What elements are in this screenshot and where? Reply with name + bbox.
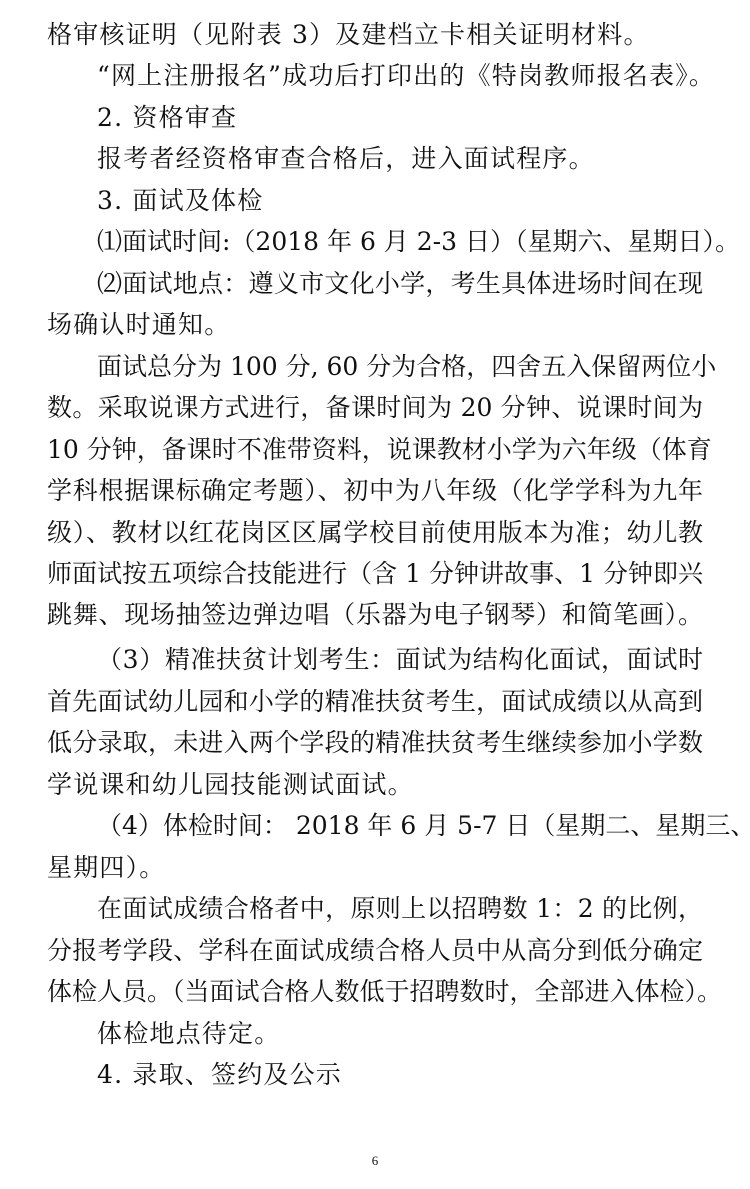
text-line-9: 数。采取说课方式进行，备课时间为 20 分钟、说课时间为: [47, 393, 703, 423]
text-line-13: 师面试按五项综合技能进行（含 1 分钟讲故事、1 分钟即兴: [47, 559, 703, 589]
text-line-24: 体检地点待定。: [97, 1019, 280, 1049]
text-line-7: 场确认时通知。: [47, 310, 230, 340]
text-line-8: 面试总分为 100 分, 60 分为合格，四舍五入保留两位小: [97, 352, 703, 382]
section-heading-qualification-review: 2. 资格审查: [97, 103, 237, 133]
text-line-10: 10 分钟，备课时不准带资料，说课教材小学为六年级（体育: [47, 435, 703, 465]
text-line-16: 首先面试幼儿园和小学的精准扶贫考生，面试成绩以从高到: [47, 687, 703, 717]
text-line-0: 格审核证明（见附表 3）及建档立卡相关证明材料。: [47, 20, 650, 50]
text-line-17: 低分录取，未进入两个学段的精准扶贫考生继续参加小学数: [47, 728, 703, 758]
text-line-14: 跳舞、现场抽签边弹边唱（乐器为电子钢琴）和简笔画）。: [47, 600, 703, 630]
section-heading-interview-and-exam: 3. 面试及体检: [97, 186, 263, 216]
text-line-23: 体检人员。（当面试合格人数低于招聘数时，全部进入体检）。: [47, 977, 703, 1007]
document-page: 格审核证明（见附表 3）及建档立卡相关证明材料。 “网上注册报名”成功后打印出的…: [0, 0, 750, 1189]
text-line-3: 报考者经资格审查合格后，进入面试程序。: [97, 144, 595, 174]
text-line-18: 学说课和幼儿园技能测试面试。: [47, 770, 414, 800]
text-line-20: 星期四）。: [47, 853, 166, 883]
text-line-15: （3）精准扶贫计划考生：面试为结构化面试，面试时: [97, 645, 703, 675]
text-line-22: 分报考学段、学科在面试成绩合格人员中从高分到低分确定: [47, 936, 703, 966]
text-line-6: ⑵面试地点：遵义市文化小学，考生具体进场时间在现: [97, 269, 703, 299]
page-number: 6: [0, 1153, 750, 1169]
text-line-12: 级）、教材以红花岗区区属学校目前使用版本为准；幼儿教: [47, 518, 703, 548]
text-line-19: （4）体检时间： 2018 年 6 月 5-7 日（星期二、星期三、: [97, 811, 703, 841]
text-line-5: ⑴面试时间:（2018 年 6 月 2-3 日）（星期六、星期日）。: [97, 227, 703, 257]
text-line-21: 在面试成绩合格者中，原则上以招聘数 1：2 的比例，: [97, 894, 703, 924]
text-line-11: 学科根据课标确定考题）、初中为八年级（化学学科为九年: [47, 476, 703, 506]
text-line-1: “网上注册报名”成功后打印出的《特岗教师报名表》。: [97, 61, 715, 91]
section-heading-admission: 4. 录取、签约及公示: [97, 1060, 342, 1090]
